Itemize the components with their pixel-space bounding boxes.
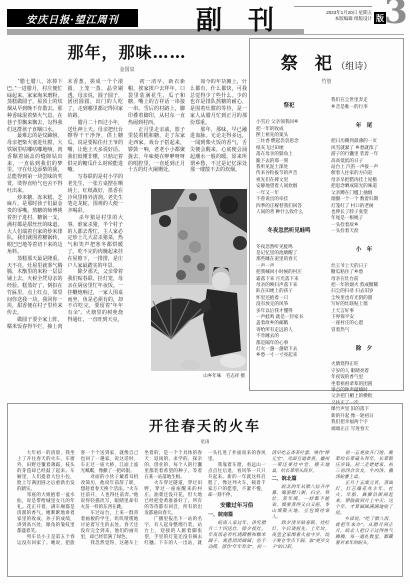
masthead-banner: 安庆日报·望江周刊 [7, 9, 138, 27]
header-rule [294, 34, 404, 35]
poem-subtitle: （组诗） [336, 62, 372, 72]
bottom-article-title: 开往春天的火车 [17, 416, 393, 436]
main-article-author: 金国泉 [7, 66, 247, 73]
customs-section-2: 二、皖北篇 [272, 476, 330, 482]
poem-text: 小雪后 父亲领我回乡 把一年的收成 摆上祖先的案头 三炷香 燃起袅袅思念 纸灰飞… [256, 119, 322, 215]
main-article-columns-left: “腊七腊八，冻掉下巴。”一进腊月，村庄便忙碌起来。家家淘米磨粉，蒸糕做圆子，屋顶… [7, 79, 123, 379]
poem-text: 灶王爷上天的日子 糖瓜粘住了乡愁 母亲在灶台前 把一年的烟火 熬成糖稀 扫尘的扫… [331, 263, 397, 333]
bottom-article-author: 星雨 [17, 439, 393, 445]
poem-title-row: 祭 祀 （组诗） [256, 49, 397, 74]
main-article-columns-right: 初一清早，新衣新帽，挨家挨户去拜年。口袋里装满花生、瓜子和糖，嘴上的吉祥话一串接… [128, 79, 247, 185]
newspaper-page: 安庆日报·望江周刊 副 刊 2023年1月20日 星期五 本版编辑 组版设计 版… [0, 0, 410, 584]
news-photo [151, 189, 247, 371]
poem-heading-jisi: 祭祀 [256, 103, 322, 109]
poem-heading-dongye: 冬夜忽然听见蛙鸣 [256, 228, 322, 234]
poem-author: 竹篁 [256, 78, 397, 85]
poem-heading-chuxi: 除 夕 [331, 346, 397, 352]
header-meta: 2023年1月20日 星期五 本版编辑 组版设计 [294, 6, 372, 22]
poem-heading-xiaonian: 小 年 [331, 247, 397, 253]
poem-columns: 祭祀 小雪后 父亲领我回乡 把一年的收成 摆上祖先的案头 三炷香 燃起袅袅思念 … [256, 91, 397, 438]
poem-heading-nianwei: 年 尾 [331, 123, 397, 129]
market-scene-illustration [151, 189, 247, 371]
main-article-right-stack: 初一清早，新衣新帽，挨家挨户去拜年。口袋里装满花生、瓜子和糖，嘴上的吉祥话一串接… [128, 79, 247, 379]
customs-section-1: 一、皖南篇 [208, 512, 266, 518]
section-title: 副 刊 [160, 0, 310, 37]
bottom-article-body: 大年初一的清晨，我坐上了开往春天的火车。车窗外，田野还覆着薄霜，枝头的芽苞却已经… [17, 450, 393, 570]
poem-text: 把日历撕到最薄的一页 风雪就紧了 乡愁就浓了 游子的行囊里 装着一年 高高低低的… [331, 138, 397, 234]
poem-column-left: 祭祀 小雪后 父亲领我回乡 把一年的收成 摆上祖先的案头 三炷香 燃起袅袅思念 … [256, 91, 322, 438]
editor-line: 本版编辑 组版设计 [294, 16, 372, 22]
poem-title: 祭 祀 [281, 54, 332, 74]
customs-subhead: 安徽过年习俗 [208, 503, 266, 509]
main-article-body: “腊七腊八，冻掉下巴。”一进腊月，村庄便忙碌起来。家家淘米磨粉，蒸糕做圆子，屋顶… [7, 79, 247, 379]
poem-text: 冬夜忽然听见蛙鸣 是记忆里的池塘醒了 那些睡在泥里的春天 一声一声 把我喊回小时… [256, 244, 322, 359]
page-number: 3 [384, 0, 408, 32]
poem-text: 我们在尘世里奔走 乡音是唯一的行李 [331, 97, 397, 110]
poem-box: 祭 祀 （组诗） 竹篁 祭祀 小雪后 父亲领我回乡 把一年的收成 摆上祖先的案头… [249, 38, 404, 391]
masthead-title: 安庆日报·望江周刊 [26, 11, 118, 26]
poem-column-right: 我们在尘世里奔走 乡音是唯一的行李 年 尾 把日历撕到最薄的一页 风雪就紧了 乡… [331, 91, 397, 438]
main-article: 那年，那味…… 金国泉 “腊七腊八，冻掉下巴。”一进腊月，村庄便忙碌起来。家家淘… [7, 40, 247, 379]
photo-caption: 山乡年味 毛志祥 摄 [128, 373, 247, 379]
main-article-title: 那年，那味…… [7, 40, 247, 63]
bottom-article-box: 开往春天的火车 星雨 大年初一的清晨，我坐上了开往春天的火车。车窗外，田野还覆着… [7, 403, 403, 577]
